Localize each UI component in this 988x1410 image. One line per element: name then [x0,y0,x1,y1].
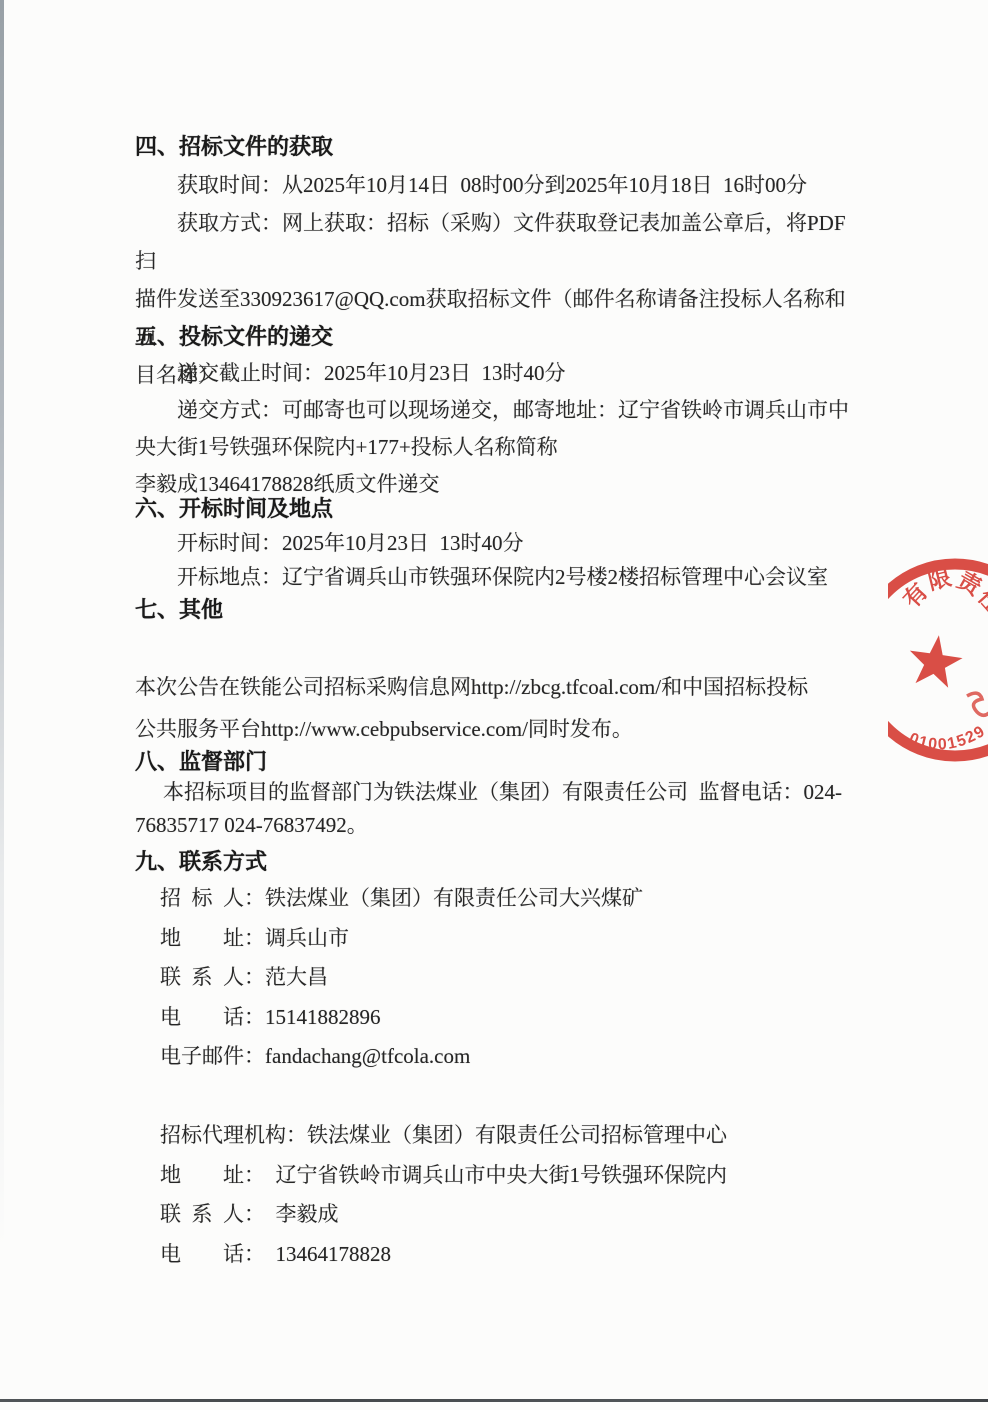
contact-label: 招标代理机构： [160,1123,307,1147]
section-5-heading: 五、投标文件的递交 [135,318,859,355]
open-time-paragraph: 开标时间：2025年10月23日 13时40分 [135,526,859,560]
contact-label: 电子邮件： [160,1044,265,1068]
seal-serial-text: 01001529 [907,722,988,753]
contact-value: 李毅成 [276,1202,339,1226]
contact-value: 调兵山市 [265,926,349,950]
acquire-time-paragraph: 获取时间：从2025年10月14日 08时00分到2025年10月18日 16时… [135,166,859,204]
section-7: 七、其他 [135,591,859,629]
star-icon [905,632,965,690]
contact-value: 铁法煤业（集团）有限责任公司大兴煤矿 [265,886,643,910]
contact-row-address: 地 址：调兵山市 [160,919,884,959]
contact-label: 联 系 人： [160,965,265,989]
supervision-paragraph-block: 本招标项目的监督部门为铁法煤业（集团）有限责任公司 监督电话：024- 7683… [135,776,859,842]
section-6-heading: 六、开标时间及地点 [135,492,859,526]
contact-label: 联 系 人： [160,1202,276,1226]
tenderer-contact-list: 招 标 人：铁法煤业（集团）有限责任公司大兴煤矿 地 址：调兵山市 联 系 人：… [160,879,884,1077]
section-4-heading: 四、招标文件的获取 [135,128,859,166]
contact-value: fandachang@tfcola.com [265,1044,470,1068]
publication-paragraph-block: 本次公告在铁能公司招标采购信息网http://zbcg.tfcoal.com/和… [135,666,859,750]
section-6: 六、开标时间及地点 开标时间：2025年10月23日 13时40分 开标地点：辽… [135,492,859,594]
agency-contact-list: 招标代理机构：铁法煤业（集团）有限责任公司招标管理中心 地 址： 辽宁省铁岭市调… [160,1116,884,1274]
section-7-heading: 七、其他 [135,591,859,629]
submit-method-paragraph: 递交方式：可邮寄也可以现场递交，邮寄地址：辽宁省铁岭市调兵山市中 央大街1号铁强… [135,392,859,466]
company-seal: 有限责任公司 01001529 [888,548,988,780]
agency-row-address: 地 址： 辽宁省铁岭市调兵山市中央大街1号铁强环保院内 [160,1156,884,1196]
contact-value: 13464178828 [276,1242,392,1266]
deadline-paragraph: 递交截止时间：2025年10月23日 13时40分 [135,355,859,392]
agency-row-phone: 电 话： 13464178828 [160,1235,884,1275]
section-9-heading: 九、联系方式 [135,843,859,881]
contact-row-phone: 电 话：15141882896 [160,998,884,1038]
publication-paragraph: 本次公告在铁能公司招标采购信息网http://zbcg.tfcoal.com/和… [135,666,859,750]
seal-ring [888,564,988,756]
section-5: 五、投标文件的递交 递交截止时间：2025年10月23日 13时40分 递交方式… [135,318,859,503]
supervision-paragraph: 本招标项目的监督部门为铁法煤业（集团）有限责任公司 监督电话：024- 7683… [135,776,859,842]
svg-text:有限责任公司: 有限责任公司 [888,548,988,620]
contact-row-tenderer: 招 标 人：铁法煤业（集团）有限责任公司大兴煤矿 [160,879,884,919]
seal-scribble [967,693,988,715]
agency-row-name: 招标代理机构：铁法煤业（集团）有限责任公司招标管理中心 [160,1116,884,1156]
seal-top-text: 有限责任公司 [888,548,988,620]
contact-value: 辽宁省铁岭市调兵山市中央大街1号铁强环保院内 [276,1163,728,1187]
contact-row-email: 电子邮件：fandachang@tfcola.com [160,1037,884,1077]
scan-bottom-edge [0,1399,988,1402]
open-place-paragraph: 开标地点：辽宁省调兵山市铁强环保院内2号楼2楼招标管理中心会议室 [135,560,859,594]
contact-label: 地 址： [160,926,265,950]
contact-value: 范大昌 [265,965,328,989]
section-9: 九、联系方式 [135,843,859,881]
contact-label: 电 话： [160,1242,276,1266]
svg-text:01001529: 01001529 [907,722,988,753]
contact-label: 地 址： [160,1163,276,1187]
scan-left-edge [0,0,4,1250]
contact-value: 铁法煤业（集团）有限责任公司招标管理中心 [307,1123,727,1147]
contact-label: 电 话： [160,1005,265,1029]
document-page: 四、招标文件的获取 获取时间：从2025年10月14日 08时00分到2025年… [0,0,988,1410]
contact-row-person: 联 系 人：范大昌 [160,958,884,998]
agency-row-person: 联 系 人： 李毅成 [160,1195,884,1235]
contact-value: 15141882896 [265,1005,381,1029]
contact-label: 招 标 人： [160,886,265,910]
